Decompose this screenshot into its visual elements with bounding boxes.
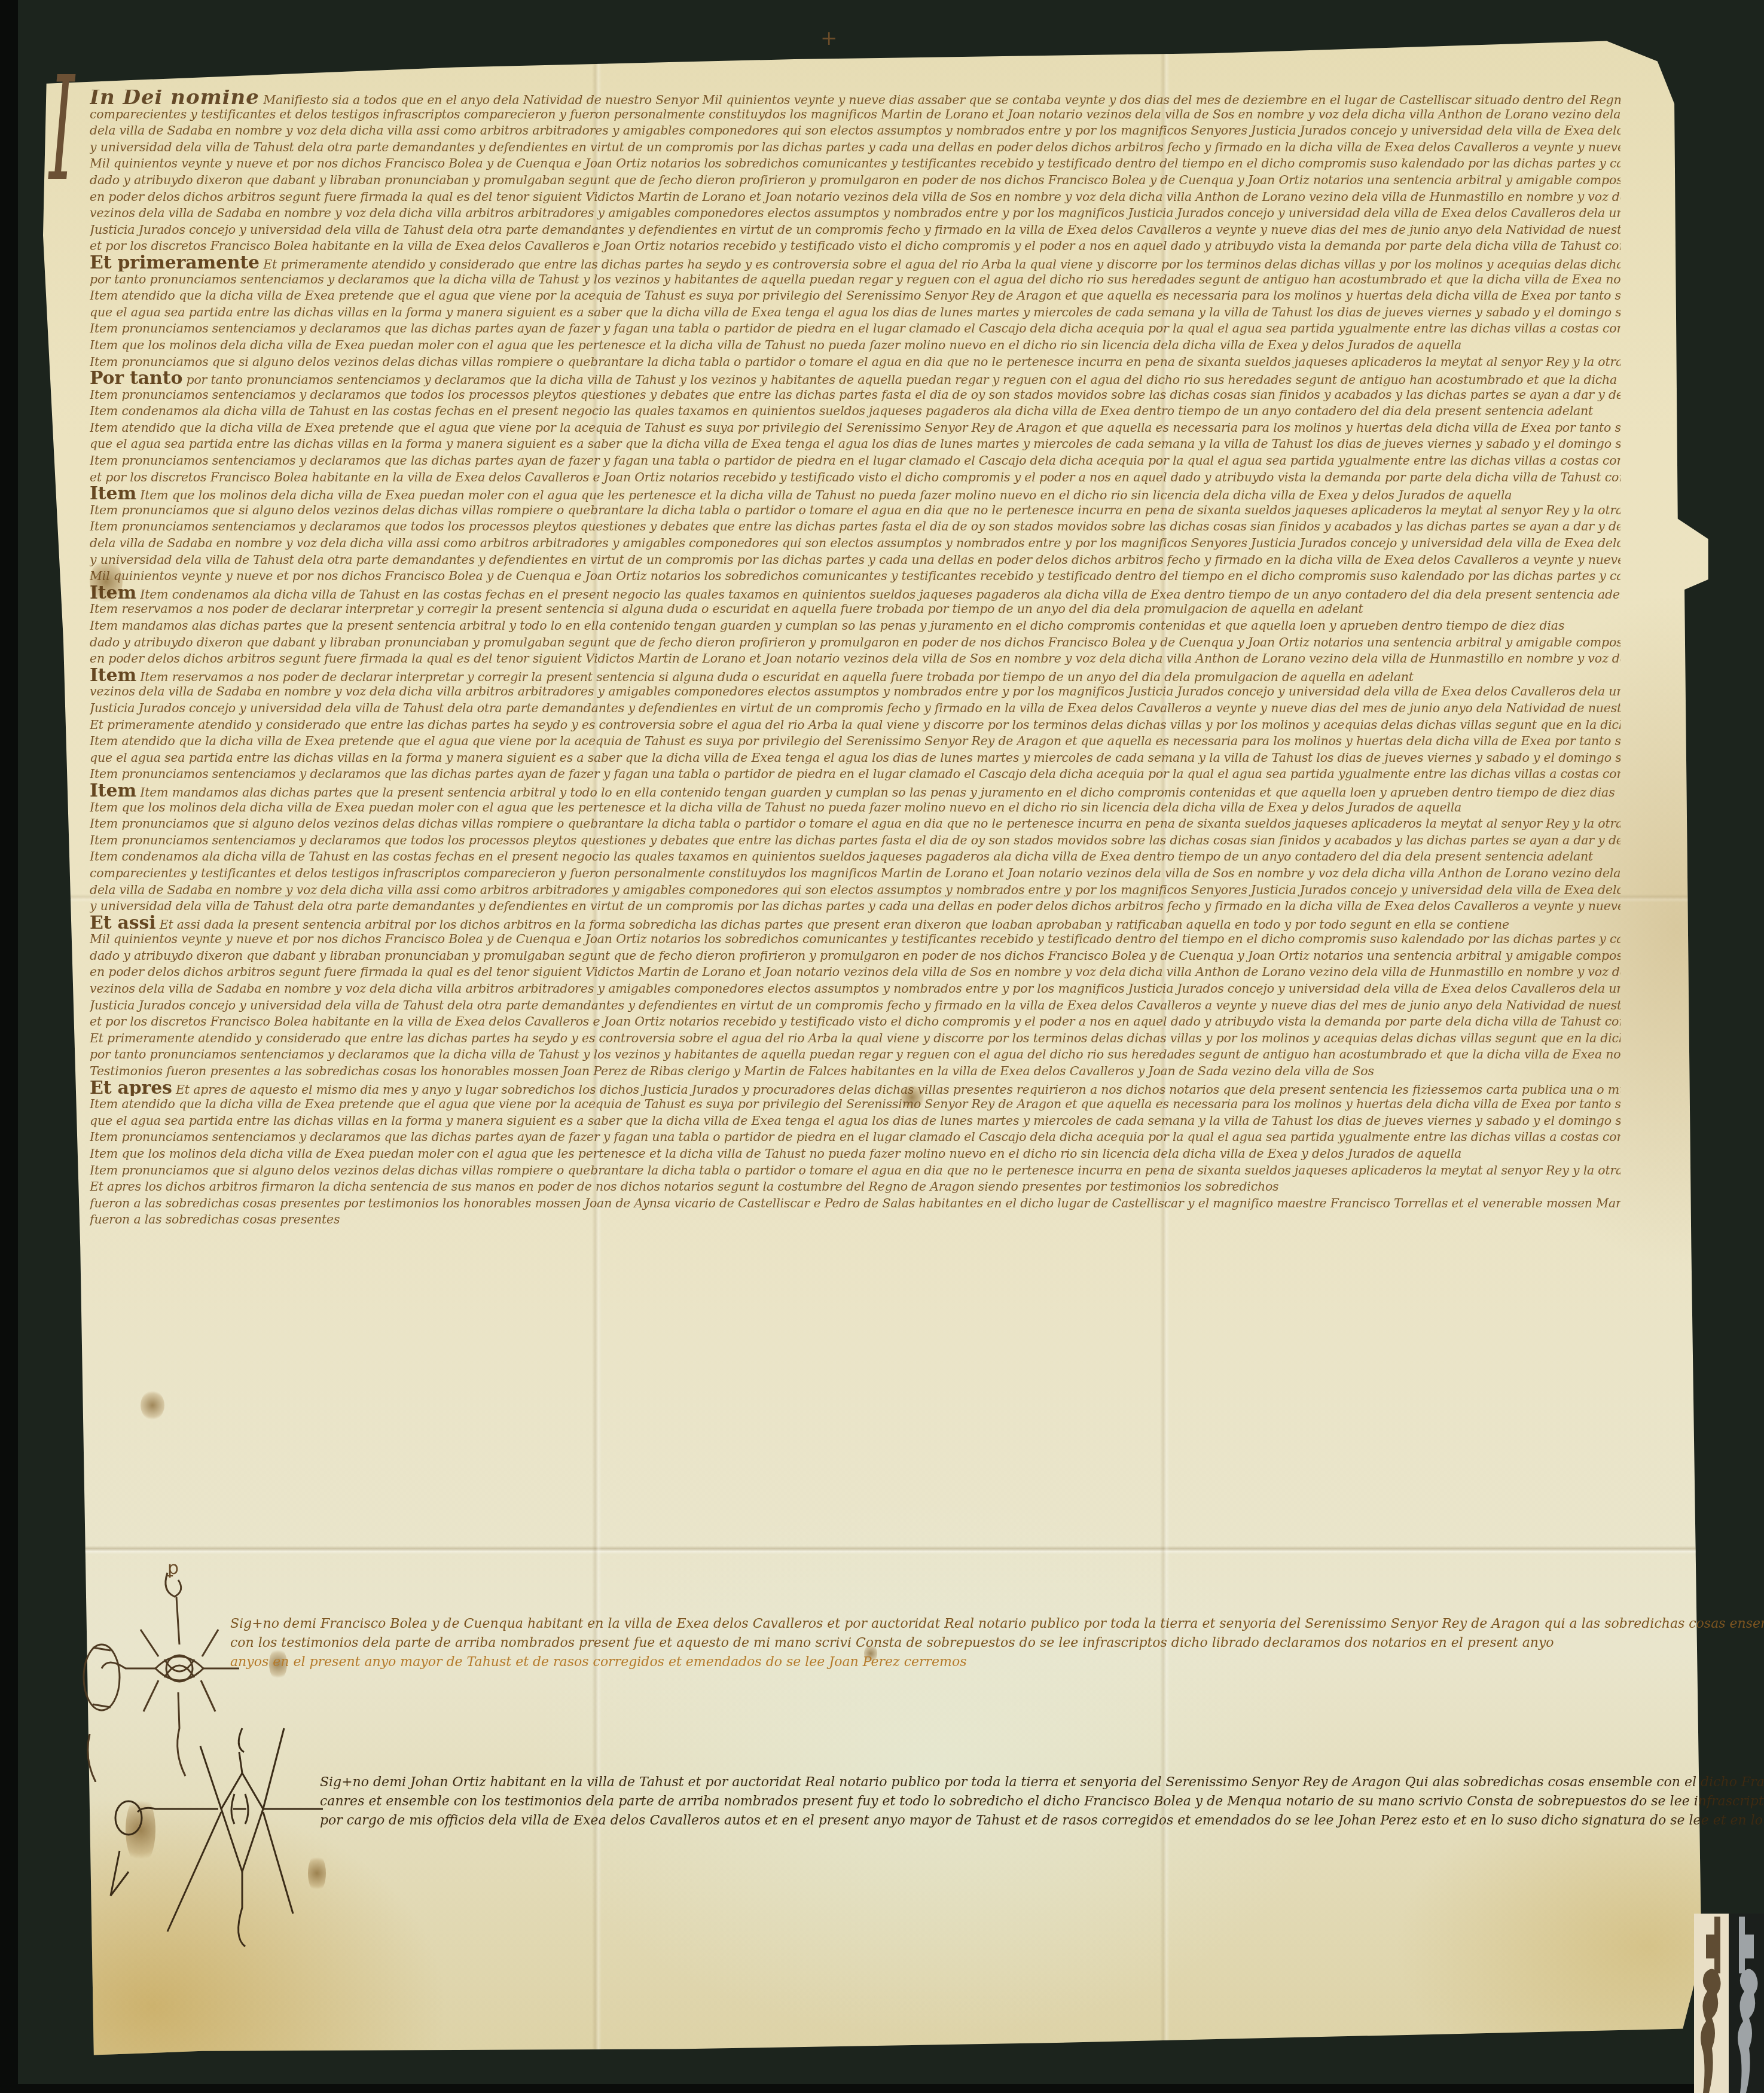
- rubric-heading: Et primeramente: [90, 255, 260, 271]
- horizontal-fold-line: [33, 1546, 1725, 1554]
- rubric-heading: Et apres: [90, 1080, 172, 1097]
- rubric-heading: Por tanto: [90, 370, 182, 387]
- text-line: Item pronunciamos que si alguno delos ve…: [90, 502, 1620, 519]
- text-line: Item atendido que la dicha villa de Exea…: [90, 420, 1620, 437]
- signature-2-line: Sig+no demi Johan Ortiz habitant en la v…: [320, 1773, 1764, 1792]
- text-line: Item pronunciamos sentenciamos y declara…: [90, 1129, 1620, 1146]
- text-line: y universidad dela villa de Tahust dela …: [90, 139, 1620, 156]
- text-line: Item atendido que la dicha villa de Exea…: [90, 1096, 1620, 1113]
- text-line: Item pronunciamos sentenciamos y declara…: [90, 321, 1620, 337]
- text-line: fueron a las sobredichas cosas presentes…: [90, 1195, 1620, 1212]
- rubric-heading: Item: [90, 585, 136, 602]
- text-line: dado y atribuydo dixeron que dabant y li…: [90, 634, 1620, 651]
- text-line: Item condenamos ala dicha villa de Tahus…: [90, 403, 1620, 420]
- text-line: que el agua sea partida entre las dichas…: [90, 750, 1620, 767]
- text-line: vezinos dela villa de Sadaba en nombre y…: [90, 205, 1620, 222]
- text-line: Item pronunciamos que si alguno delos ve…: [90, 816, 1620, 832]
- text-line: que el agua sea partida entre las dichas…: [90, 304, 1620, 321]
- text-line: por tanto pronunciamos sentenciamos y de…: [90, 271, 1620, 288]
- rubric-heading: Item: [90, 783, 136, 800]
- signature-1-line: Sig+no demi Francisco Bolea y de Cuenqua…: [230, 1615, 1764, 1634]
- text-line: Item mandamos alas dichas partes que la …: [90, 618, 1620, 634]
- signature-1-line: con los testimonios dela parte de arriba…: [230, 1634, 1554, 1653]
- text-line: en poder delos dichos arbitros segunt fu…: [90, 651, 1620, 667]
- text-line: Mil quinientos veynte y nueve et por nos…: [90, 931, 1620, 948]
- notarial-sign-diamond-icon: [96, 1722, 323, 1949]
- rubric-heading: Et assi: [90, 915, 155, 932]
- text-line: Por tanto por tanto pronunciamos sentenc…: [90, 370, 1620, 387]
- signature-1-line: anyos en el present anyo mayor de Tahust…: [230, 1653, 966, 1672]
- text-line: comparecientes y testificantes et delos …: [90, 106, 1620, 123]
- text-line: Item pronunciamos que si alguno delos ve…: [90, 354, 1620, 371]
- text-line: Item pronunciamos que si alguno delos ve…: [90, 1163, 1620, 1179]
- document-body: In Dei nomine Manifiesto sia a todos que…: [90, 90, 1620, 1228]
- text-line: vezinos dela villa de Sadaba en nombre y…: [90, 981, 1620, 997]
- text-line: Justicia Jurados concejo y universidad d…: [90, 700, 1620, 717]
- archive-watermark-logo-icon: [1694, 1914, 1764, 2093]
- text-line: en poder delos dichos arbitros segunt fu…: [90, 964, 1620, 981]
- text-line: Item pronunciamos sentenciamos y declara…: [90, 387, 1620, 404]
- text-line: Item pronunciamos sentenciamos y declara…: [90, 832, 1620, 849]
- text-line: y universidad dela villa de Tahust dela …: [90, 898, 1620, 915]
- text-line: Item Item reservamos a nos poder de decl…: [90, 667, 1620, 684]
- incipit: In Dei nomine: [90, 90, 260, 106]
- text-line: dela villa de Sadaba en nombre y voz del…: [90, 535, 1620, 552]
- text-line: Et primeramente Et primeramente atendido…: [90, 255, 1620, 271]
- text-line: dado y atribuydo dixeron que dabant y li…: [90, 172, 1620, 189]
- text-line: Et primeramente atendido y considerado q…: [90, 1030, 1620, 1047]
- decorated-initial-i: I: [49, 57, 75, 201]
- text-line: Item atendido que la dicha villa de Exea…: [90, 733, 1620, 750]
- rubric-heading: Item: [90, 486, 136, 502]
- text-line: que el agua sea partida entre las dichas…: [90, 1113, 1620, 1130]
- text-line: dado y atribuydo dixeron que dabant y li…: [90, 948, 1620, 965]
- top-cross-mark: +: [820, 26, 838, 50]
- text-line: Item pronunciamos sentenciamos y declara…: [90, 453, 1620, 469]
- text-line: Mil quinientos veynte y nueve et por nos…: [90, 568, 1620, 585]
- text-line: que el agua sea partida entre las dichas…: [90, 436, 1620, 453]
- text-line: en poder delos dichos arbitros segunt fu…: [90, 189, 1620, 206]
- text-line: Item Item mandamos alas dichas partes qu…: [90, 783, 1620, 800]
- text-line: Item condenamos ala dicha villa de Tahus…: [90, 849, 1620, 865]
- text-line: y universidad dela villa de Tahust dela …: [90, 552, 1620, 569]
- text-line: Item pronunciamos sentenciamos y declara…: [90, 766, 1620, 783]
- text-line: Justicia Jurados concejo y universidad d…: [90, 222, 1620, 239]
- text-line: et por los discretos Francisco Bolea hab…: [90, 1014, 1620, 1030]
- stain: [141, 1390, 164, 1420]
- text-line: Et apres Et apres de aquesto el mismo di…: [90, 1080, 1620, 1097]
- text-line: Item que los molinos dela dicha villa de…: [90, 800, 1620, 816]
- text-line: In Dei nomine Manifiesto sia a todos que…: [90, 90, 1620, 106]
- text-line: dela villa de Sadaba en nombre y voz del…: [90, 123, 1620, 139]
- text-line: Item atendido que la dicha villa de Exea…: [90, 288, 1620, 304]
- text-line: comparecientes y testificantes et delos …: [90, 865, 1620, 882]
- text-line: et por los discretos Francisco Bolea hab…: [90, 238, 1620, 255]
- signature-flourish-icon: ꝑ: [167, 1558, 179, 1579]
- text-line: Et primeramente atendido y considerado q…: [90, 717, 1620, 734]
- text-line: Et assi Et assi dada la present sentenci…: [90, 915, 1620, 932]
- text-line: vezinos dela villa de Sadaba en nombre y…: [90, 684, 1620, 700]
- text-line: Item que los molinos dela dicha villa de…: [90, 337, 1620, 354]
- text-line: fueron a las sobredichas cosas presentes: [90, 1212, 1620, 1228]
- text-line: Item Item condenamos ala dicha villa de …: [90, 585, 1620, 602]
- text-line: Item que los molinos dela dicha villa de…: [90, 1146, 1620, 1163]
- text-line: Testimonios fueron presentes a las sobre…: [90, 1063, 1620, 1080]
- text-line: Justicia Jurados concejo y universidad d…: [90, 997, 1620, 1014]
- signature-2-line: canres et ensemble con los testimonios d…: [320, 1792, 1764, 1811]
- text-line: Item reservamos a nos poder de declarar …: [90, 601, 1620, 618]
- text-line: Item Item que los molinos dela dicha vil…: [90, 486, 1620, 502]
- text-line: Item pronunciamos sentenciamos y declara…: [90, 518, 1620, 535]
- signature-2-line: por cargo de mis officios dela villa de …: [320, 1811, 1764, 1830]
- rubric-heading: Item: [90, 667, 136, 684]
- text-line: Mil quinientos veynte y nueve et por nos…: [90, 155, 1620, 172]
- text-line: Et apres los dichos arbitros firmaron la…: [90, 1179, 1620, 1195]
- text-line: por tanto pronunciamos sentenciamos y de…: [90, 1046, 1620, 1063]
- text-line: et por los discretos Francisco Bolea hab…: [90, 469, 1620, 486]
- text-line: dela villa de Sadaba en nombre y voz del…: [90, 882, 1620, 899]
